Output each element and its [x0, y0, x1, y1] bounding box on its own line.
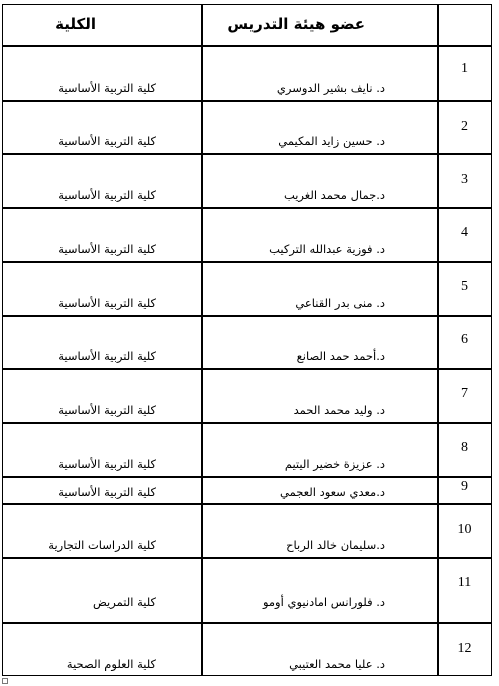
college-cell: كلية الدراسات التجارية — [2, 503, 201, 557]
number-cell: 10 — [437, 503, 492, 557]
table-row: كلية العلوم الصحية د. عليا محمد العتيبي … — [2, 622, 492, 676]
table-row: كلية التربية الأساسية د. منى بدر القناعي… — [2, 261, 492, 315]
table-row: كلية التمريض د. فلورانس امادنيوي أومو 11 — [2, 557, 492, 622]
faculty-name-text: د. عليا محمد العتيبي — [289, 657, 385, 671]
college-cell: كلية التربية الأساسية — [2, 476, 201, 503]
row-number: 8 — [437, 440, 492, 456]
faculty-name-text: د. نايف بشير الدوسري — [277, 81, 385, 95]
number-cell: 5 — [437, 261, 492, 315]
table-row: كلية التربية الأساسية د.أحمد حمد الصانع … — [2, 315, 492, 368]
name-cell: د. منى بدر القناعي — [201, 261, 437, 315]
college-text: كلية التربية الأساسية — [58, 188, 156, 202]
number-cell: 9 — [437, 476, 492, 503]
number-cell: 6 — [437, 315, 492, 368]
row-number: 2 — [437, 119, 492, 135]
college-text: كلية التربية الأساسية — [58, 296, 156, 310]
paragraph-marker-icon — [2, 678, 8, 684]
college-cell: كلية التربية الأساسية — [2, 368, 201, 422]
faculty-name-text: د. حسين زايد المكيمي — [278, 134, 385, 148]
row-number: 7 — [437, 386, 492, 402]
table-row: كلية التربية الأساسية د.معدي سعود العجمي… — [2, 476, 492, 503]
college-text: كلية الدراسات التجارية — [48, 538, 156, 552]
row-number: 1 — [437, 61, 492, 77]
row-number: 5 — [437, 279, 492, 295]
table-row: كلية التربية الأساسية د. فوزية عبدالله ا… — [2, 207, 492, 261]
faculty-name-text: د.معدي سعود العجمي — [280, 485, 385, 499]
faculty-name-text: د.أحمد حمد الصانع — [297, 349, 385, 363]
college-cell: كلية التمريض — [2, 557, 201, 622]
number-cell: 7 — [437, 368, 492, 422]
college-text: كلية التربية الأساسية — [58, 349, 156, 363]
name-cell: د. فوزية عبدالله التركيب — [201, 207, 437, 261]
name-cell: د. عليا محمد العتيبي — [201, 622, 437, 676]
table-row: كلية الدراسات التجارية د.سليمان خالد الر… — [2, 503, 492, 557]
name-cell: د. عزيزة خضير اليتيم — [201, 422, 437, 476]
header-cell-faculty-member: عضو هيئة التدريس — [201, 4, 437, 45]
college-text: كلية التمريض — [93, 595, 156, 609]
faculty-name-text: د.سليمان خالد الرباح — [286, 538, 385, 552]
college-text: كلية التربية الأساسية — [58, 134, 156, 148]
name-cell: د.جمال محمد الغريب — [201, 153, 437, 207]
college-cell: كلية التربية الأساسية — [2, 45, 201, 100]
college-cell: كلية التربية الأساسية — [2, 315, 201, 368]
college-cell: كلية التربية الأساسية — [2, 100, 201, 153]
faculty-name-text: د. منى بدر القناعي — [295, 296, 385, 310]
faculty-name-text: د. وليد محمد الحمد — [294, 403, 385, 417]
number-cell: 8 — [437, 422, 492, 476]
table-row: كلية التربية الأساسية د. نايف بشير الدوس… — [2, 45, 492, 100]
faculty-name-text: د. فلورانس امادنيوي أومو — [263, 595, 385, 609]
table-row: كلية التربية الأساسية د.جمال محمد الغريب… — [2, 153, 492, 207]
table-row: كلية التربية الأساسية د. عزيزة خضير اليت… — [2, 422, 492, 476]
number-cell: 2 — [437, 100, 492, 153]
name-cell: د. وليد محمد الحمد — [201, 368, 437, 422]
row-number: 9 — [437, 479, 492, 495]
header-cell-number — [437, 4, 492, 45]
college-text: كلية العلوم الصحية — [67, 657, 156, 671]
college-text: كلية التربية الأساسية — [58, 457, 156, 471]
college-cell: كلية التربية الأساسية — [2, 261, 201, 315]
row-number: 4 — [437, 225, 492, 241]
college-cell: كلية التربية الأساسية — [2, 153, 201, 207]
college-text: كلية التربية الأساسية — [58, 81, 156, 95]
number-cell: 3 — [437, 153, 492, 207]
header-college-label: الكلية — [55, 15, 96, 33]
number-cell: 1 — [437, 45, 492, 100]
table-row: كلية التربية الأساسية د. حسين زايد المكي… — [2, 100, 492, 153]
row-number: 11 — [437, 575, 492, 591]
college-cell: كلية التربية الأساسية — [2, 207, 201, 261]
number-cell: 4 — [437, 207, 492, 261]
faculty-name-text: د. فوزية عبدالله التركيب — [269, 242, 385, 256]
faculty-name-text: د.جمال محمد الغريب — [284, 188, 385, 202]
name-cell: د. نايف بشير الدوسري — [201, 45, 437, 100]
college-text: كلية التربية الأساسية — [58, 242, 156, 256]
header-cell-college: الكلية — [2, 4, 201, 45]
table-header-row: الكلية عضو هيئة التدريس — [2, 4, 492, 45]
number-cell: 12 — [437, 622, 492, 676]
college-cell: كلية التربية الأساسية — [2, 422, 201, 476]
name-cell: د.أحمد حمد الصانع — [201, 315, 437, 368]
college-cell: كلية العلوم الصحية — [2, 622, 201, 676]
name-cell: د. فلورانس امادنيوي أومو — [201, 557, 437, 622]
number-cell: 11 — [437, 557, 492, 622]
faculty-name-text: د. عزيزة خضير اليتيم — [285, 457, 385, 471]
name-cell: د.سليمان خالد الرباح — [201, 503, 437, 557]
college-text: كلية التربية الأساسية — [58, 403, 156, 417]
header-faculty-member-label: عضو هيئة التدريس — [227, 15, 365, 33]
name-cell: د.معدي سعود العجمي — [201, 476, 437, 503]
row-number: 3 — [437, 172, 492, 188]
name-cell: د. حسين زايد المكيمي — [201, 100, 437, 153]
row-number: 6 — [437, 332, 492, 348]
row-number: 12 — [437, 641, 492, 657]
row-number: 10 — [437, 522, 492, 538]
table-row: كلية التربية الأساسية د. وليد محمد الحمد… — [2, 368, 492, 422]
college-text: كلية التربية الأساسية — [58, 485, 156, 499]
